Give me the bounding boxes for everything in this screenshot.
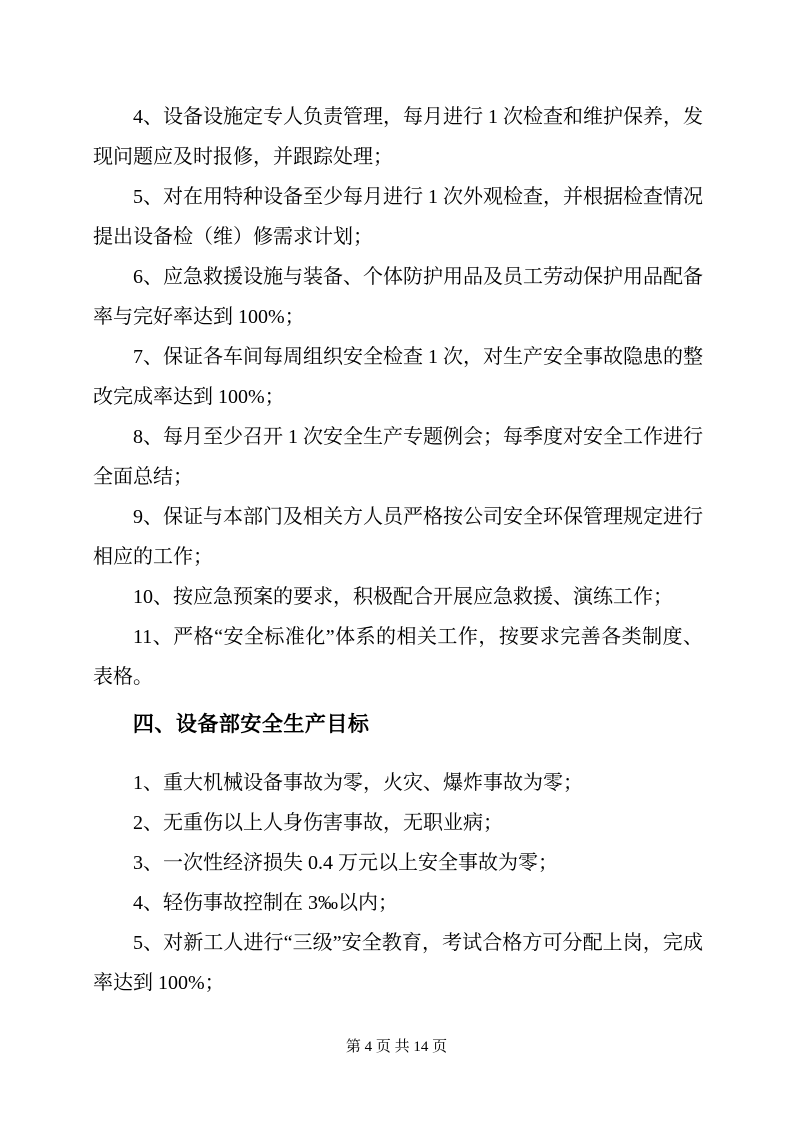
list-item-11: 11、严格“安全标准化”体系的相关工作，按要求完善各类制度、表格。 <box>93 617 703 697</box>
document-page: 4、设备设施定专人负责管理，每月进行 1 次检查和维护保养，发现问题应及时报修，… <box>0 0 793 1122</box>
section-heading: 四、设备部安全生产目标 <box>93 705 703 745</box>
list-item-5: 5、对在用特种设备至少每月进行 1 次外观检查，并根据检查情况提出设备检（维）修… <box>93 177 703 257</box>
goal-item-5: 5、对新工人进行“三级”安全教育，考试合格方可分配上岗，完成率达到 100%； <box>93 923 703 1003</box>
goal-item-2: 2、无重伤以上人身伤害事故，无职业病； <box>93 803 703 843</box>
goal-item-1: 1、重大机械设备事故为零，火灾、爆炸事故为零； <box>93 763 703 803</box>
list-item-9: 9、保证与本部门及相关方人员严格按公司安全环保管理规定进行相应的工作； <box>93 497 703 577</box>
goal-item-3: 3、一次性经济损失 0.4 万元以上安全事故为零； <box>93 843 703 883</box>
document-body: 4、设备设施定专人负责管理，每月进行 1 次检查和维护保养，发现问题应及时报修，… <box>93 97 703 1003</box>
list-item-8: 8、每月至少召开 1 次安全生产专题例会；每季度对安全工作进行全面总结； <box>93 417 703 497</box>
list-item-10: 10、按应急预案的要求，积极配合开展应急救援、演练工作； <box>93 577 703 617</box>
list-item-6: 6、应急救援设施与装备、个体防护用品及员工劳动保护用品配备率与完好率达到 100… <box>93 257 703 337</box>
list-item-7: 7、保证各车间每周组织安全检查 1 次，对生产安全事故隐患的整改完成率达到 10… <box>93 337 703 417</box>
goal-item-4: 4、轻伤事故控制在 3‰以内； <box>93 883 703 923</box>
list-item-4: 4、设备设施定专人负责管理，每月进行 1 次检查和维护保养，发现问题应及时报修，… <box>93 97 703 177</box>
page-footer: 第 4 页 共 14 页 <box>0 1036 793 1058</box>
